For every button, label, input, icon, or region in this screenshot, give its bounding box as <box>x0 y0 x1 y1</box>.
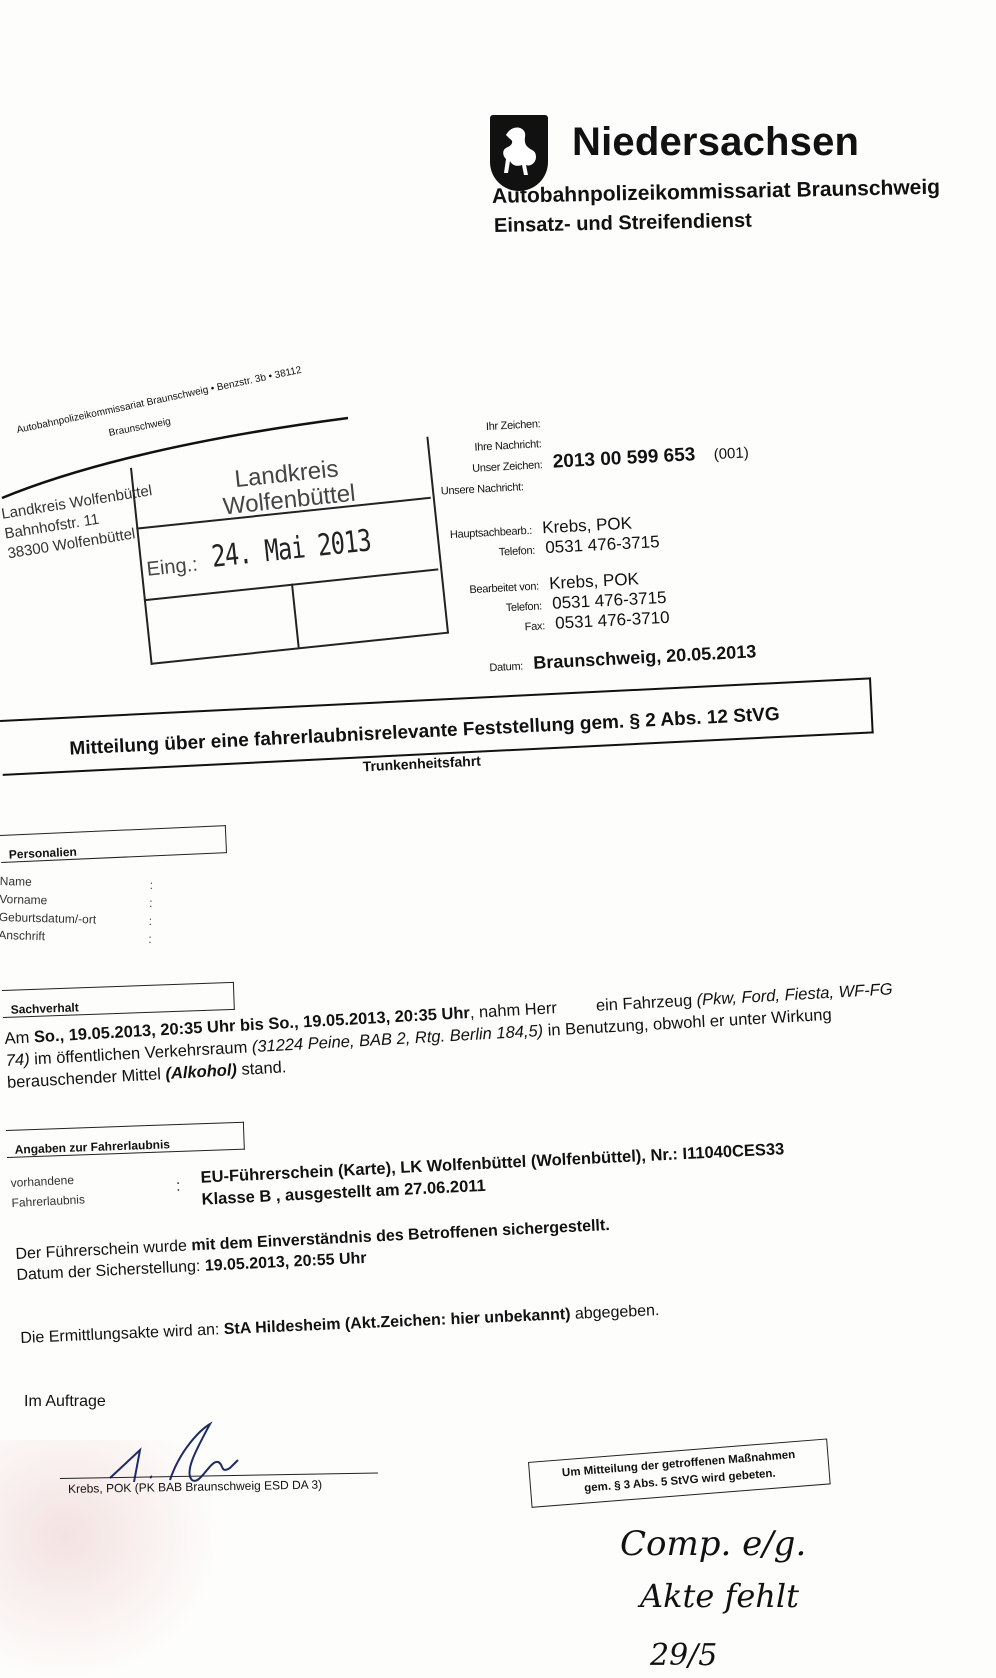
lower-saxony-crest-icon <box>490 115 548 191</box>
section-fahrerlaubnis: Angaben zur Fahrerlaubnis <box>6 1122 245 1158</box>
handwritten-annotation: Comp. e/g. Akte fehlt 29/5 <box>610 1515 870 1678</box>
im-auftrage: Im Auftrage <box>24 1393 106 1411</box>
field-geburtsdatum-label: Geburtsdatum/-ort <box>0 910 96 927</box>
telefon-label: Telefon: <box>425 545 535 563</box>
sicherstellung-text: Der Führerschein wurde mit dem Einverstä… <box>15 1215 611 1286</box>
datum-label: Datum: <box>483 660 524 674</box>
state-name: Niedersachsen <box>572 120 859 165</box>
fahrerlaubnis-label-1: vorhandene <box>10 1173 74 1190</box>
svg-text:Akte fehlt: Akte fehlt <box>637 1577 799 1615</box>
personalien-fields: Name: Vorname: Geburtsdatum/-ort: Anschr… <box>0 872 97 947</box>
organization-name: Autobahnpolizeikommissariat Braunschweig <box>492 176 940 209</box>
document-title-band: Mitteilung über eine fahrerlaubnisreleva… <box>0 677 879 720</box>
unser-zeichen-value: 2013 00 599 653 <box>552 444 696 472</box>
department-name: Einsatz- und Streifendienst <box>494 210 752 238</box>
unser-zeichen-label: Unser Zeichen: <box>432 459 542 477</box>
fahrerlaubnis-colon: : <box>176 1178 181 1196</box>
unser-zeichen-suffix: (001) <box>713 444 749 463</box>
svg-text:29/5: 29/5 <box>649 1638 717 1673</box>
signature-name: Krebs, POK (PK BAB Braunschweig ESD DA 3… <box>68 1478 322 1496</box>
field-vorname-label: Vorname <box>0 892 47 907</box>
fahrerlaubnis-value-1: EU-Führerschein (Karte), LK Wolfenbüttel… <box>200 1140 785 1188</box>
ihr-zeichen-label: Ihr Zeichen: <box>430 418 540 436</box>
datum-value: Braunschweig, 20.05.2013 <box>533 641 757 673</box>
request-note-box: Um Mitteilung der getroffenen Maßnahmen … <box>528 1438 831 1507</box>
ermittlungsakte-text: Die Ermittlungsakte wird an: StA Hildesh… <box>20 1302 660 1348</box>
section-personalien: Personalien <box>0 825 227 863</box>
unsere-nachricht-label: Unsere Nachricht: <box>413 481 523 499</box>
field-anschrift-label: Anschrift <box>0 928 45 943</box>
fax-label: Fax: <box>435 620 545 638</box>
fahrerlaubnis-label-2: Fahrerlaubnis <box>11 1192 85 1210</box>
svg-text:Comp. e/g.: Comp. e/g. <box>620 1524 806 1564</box>
receipt-stamp: Landkreis Wolfenbüttel Eing.: 24. Mai 20… <box>130 437 449 667</box>
field-name-label: Name <box>0 874 32 889</box>
section-sachverhalt: Sachverhalt <box>2 982 235 1018</box>
